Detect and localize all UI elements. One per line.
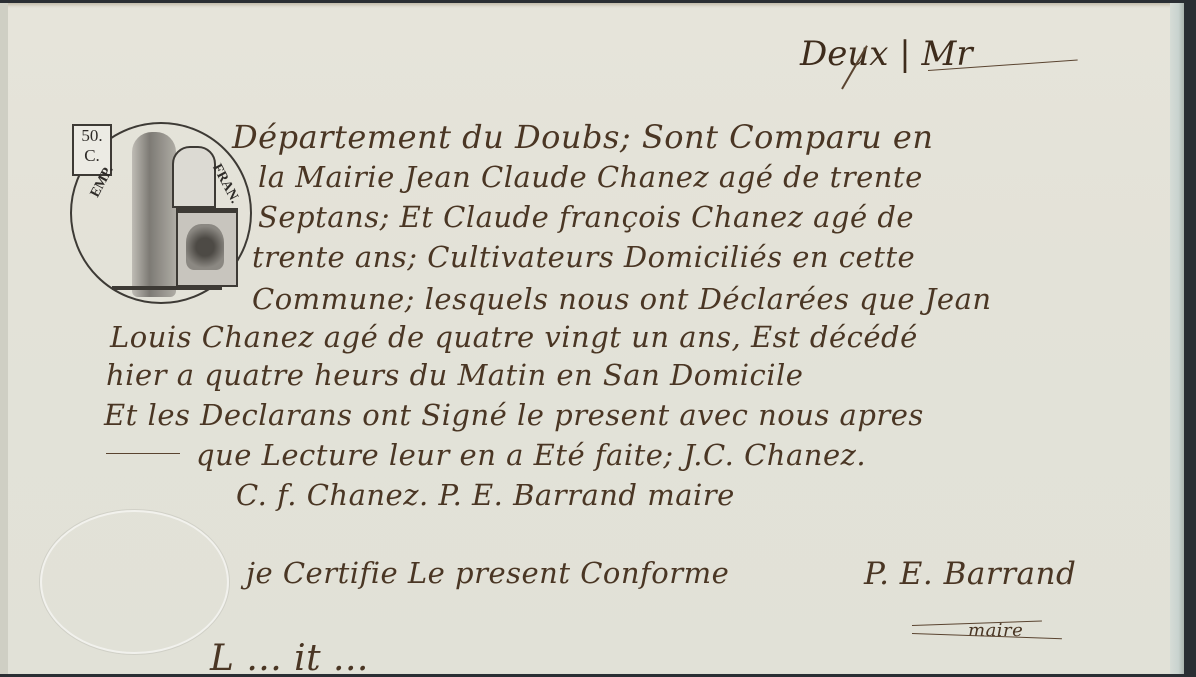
partial-bottom-line: L ... it ... (210, 638, 369, 677)
body-line-1: Département du Doubs; Sont Comparu en (232, 118, 933, 156)
body-line-5: Commune; lesquels nous ont Déclarées que… (252, 282, 992, 316)
line-filler-stroke (106, 453, 180, 454)
body-line-7: hier a quatre heurs du Matin en San Domi… (106, 358, 803, 392)
law-tablets-icon (172, 146, 216, 208)
body-line-8: Et les Declarans ont Signé le present av… (104, 398, 924, 432)
stamp-base (112, 286, 222, 290)
page-left-edge (0, 3, 8, 674)
revenue-stamp: EMP. FRAN. 50. C. (70, 122, 252, 304)
page-right-edge (1170, 3, 1184, 674)
body-line-6: Louis Chanez agé de quatre vingt un ans,… (110, 320, 918, 354)
body-line-2: la Mairie Jean Claude Chanez agé de tren… (258, 160, 923, 194)
mayor-signature: P. E. Barrand (864, 556, 1076, 592)
body-line-4: trente ans; Cultivateurs Domiciliés en c… (252, 240, 915, 274)
stamp-value-unit: C. (74, 146, 110, 166)
body-line-3: Septans; Et Claude françois Chanez agé d… (258, 200, 914, 234)
certification-text: je Certifie Le present Conforme (246, 556, 729, 590)
stamp-figure-icon (132, 132, 176, 297)
embossed-seal (40, 510, 229, 654)
eagle-icon (186, 224, 224, 270)
stamp-value-number: 50. (74, 126, 110, 146)
body-line-9: que Lecture leur en a Eté faite; J.C. Ch… (196, 438, 866, 472)
signatures-line: C. f. Chanez. P. E. Barrand maire (236, 478, 735, 512)
